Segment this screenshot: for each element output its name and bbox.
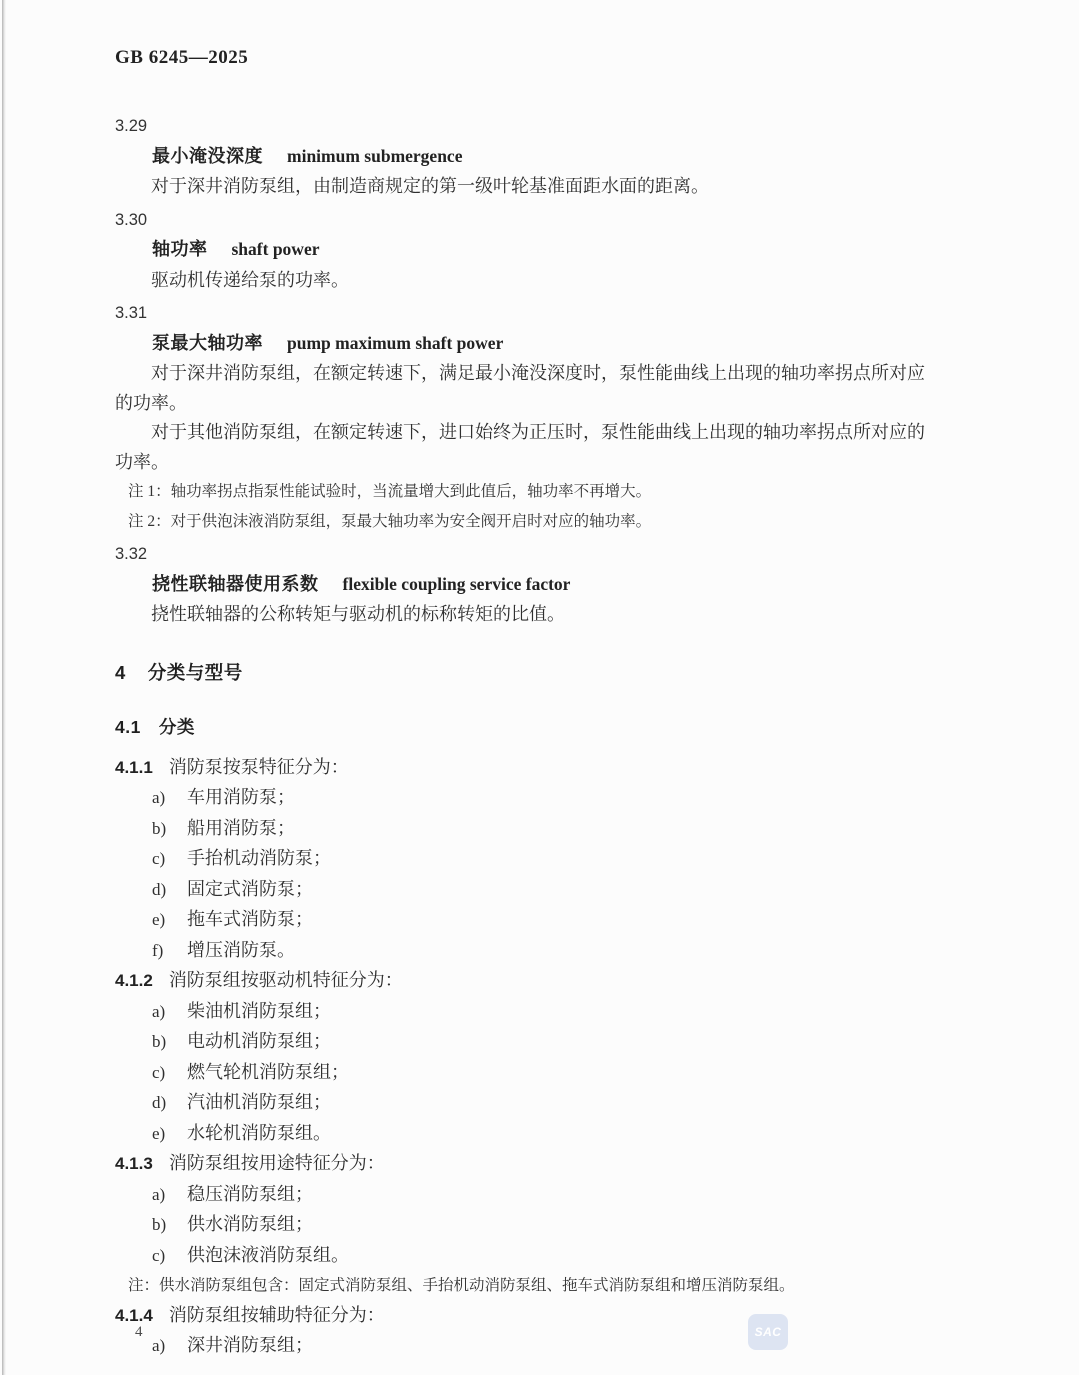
- item-text: 供水消防泵组；: [187, 1214, 313, 1234]
- item-marker: a): [152, 1331, 187, 1361]
- list-item: c)供泡沫液消防泵组。: [115, 1241, 963, 1272]
- note-line: 注 1：轴功率拐点指泵性能试验时，当流量增大到此值后，轴功率不再增大。: [128, 477, 963, 507]
- clause-number: 4.1.4: [115, 1306, 153, 1325]
- item-text: 供泡沫液消防泵组。: [187, 1245, 349, 1265]
- clause-head: 4.1.3消防泵组按用途特征分为：: [115, 1149, 963, 1180]
- item-marker: c): [152, 1058, 187, 1088]
- clause-head: 4.1.4消防泵组按辅助特征分为：: [115, 1301, 963, 1332]
- term-definition: 对于深井消防泵组，在额定转速下，满足最小淹没深度时，泵性能曲线上出现的轴功率拐点…: [115, 359, 933, 418]
- clause-text: 消防泵按泵特征分为：: [169, 757, 349, 777]
- item-text: 拖车式消防泵；: [187, 909, 313, 929]
- item-marker: e): [152, 1119, 187, 1149]
- term-heading: 泵最大轴功率 pump maximum shaft power: [115, 329, 963, 360]
- list-item: a)稳压消防泵组；: [115, 1180, 963, 1211]
- term-number: 3.30: [115, 206, 963, 236]
- term-heading: 挠性联轴器使用系数 flexible coupling service fact…: [115, 570, 963, 601]
- term-heading: 最小淹没深度 minimum submergence: [115, 142, 963, 173]
- term-number: 3.29: [115, 112, 963, 142]
- item-marker: d): [152, 875, 187, 905]
- term-notes: 注 1：轴功率拐点指泵性能试验时，当流量增大到此值后，轴功率不再增大。 注 2：…: [115, 477, 963, 536]
- term-entry-3-31: 3.31 泵最大轴功率 pump maximum shaft power 对于深…: [115, 299, 963, 536]
- chapter-heading: 4分类与型号: [115, 658, 963, 690]
- term-entry-3-32: 3.32 挠性联轴器使用系数 flexible coupling service…: [115, 540, 963, 630]
- clause-number: 4.1.3: [115, 1154, 153, 1173]
- item-text: 深井消防泵组；: [187, 1335, 313, 1355]
- page-number: 4: [135, 1324, 143, 1341]
- clause-note: 注：供水消防泵组包含：固定式消防泵组、手抬机动消防泵组、拖车式消防泵组和增压消防…: [115, 1271, 963, 1301]
- item-marker: a): [152, 1180, 187, 1210]
- clause-head: 4.1.1消防泵按泵特征分为：: [115, 753, 963, 784]
- clause-4-1-4: 4.1.4消防泵组按辅助特征分为： a)深井消防泵组；: [115, 1301, 963, 1362]
- chapter-number: 4: [115, 662, 126, 683]
- term-zh: 轴功率: [152, 239, 208, 259]
- term-zh: 挠性联轴器使用系数: [152, 574, 319, 594]
- clause-4-1-1: 4.1.1消防泵按泵特征分为： a)车用消防泵； b)船用消防泵； c)手抬机动…: [115, 753, 963, 967]
- term-en: minimum submergence: [287, 146, 462, 166]
- subsection-heading: 4.1分类: [115, 713, 963, 744]
- clause-text: 消防泵组按用途特征分为：: [169, 1153, 385, 1173]
- item-marker: e): [152, 905, 187, 935]
- clause-4-1-3: 4.1.3消防泵组按用途特征分为： a)稳压消防泵组； b)供水消防泵组； c)…: [115, 1149, 963, 1301]
- sac-logo: SAC: [748, 1314, 788, 1350]
- item-text: 水轮机消防泵组。: [187, 1123, 331, 1143]
- clause-head: 4.1.2消防泵组按驱动机特征分为：: [115, 966, 963, 997]
- item-marker: b): [152, 1210, 187, 1240]
- term-zh: 最小淹没深度: [152, 146, 263, 166]
- item-marker: a): [152, 783, 187, 813]
- term-definition: 挠性联轴器的公称转矩与驱动机的标称转矩的比值。: [115, 600, 933, 630]
- item-text: 船用消防泵；: [187, 818, 295, 838]
- item-text: 增压消防泵。: [187, 940, 295, 960]
- sac-logo-text: SAC: [755, 1325, 782, 1339]
- item-text: 手抬机动消防泵；: [187, 848, 331, 868]
- chapter-title: 分类与型号: [148, 662, 243, 683]
- list-item: b)供水消防泵组；: [115, 1210, 963, 1241]
- clauses-section: 4.1.1消防泵按泵特征分为： a)车用消防泵； b)船用消防泵； c)手抬机动…: [115, 753, 963, 1362]
- list-item: c)燃气轮机消防泵组；: [115, 1058, 963, 1089]
- scan-edge-shadow: [2, 0, 6, 1375]
- term-en: pump maximum shaft power: [287, 333, 503, 353]
- term-number: 3.32: [115, 540, 963, 570]
- item-text: 车用消防泵；: [187, 787, 295, 807]
- subsection-number: 4.1: [115, 717, 141, 737]
- document-page: GB 6245—2025 3.29 最小淹没深度 minimum submerg…: [0, 0, 1079, 1375]
- list-item: e)拖车式消防泵；: [115, 905, 963, 936]
- list-item: a)车用消防泵；: [115, 783, 963, 814]
- term-heading: 轴功率 shaft power: [115, 235, 963, 266]
- term-en: flexible coupling service factor: [343, 574, 571, 594]
- list-item: b)船用消防泵；: [115, 814, 963, 845]
- term-definition: 对于其他消防泵组，在额定转速下，进口始终为正压时，泵性能曲线上出现的轴功率拐点所…: [115, 418, 933, 477]
- item-marker: c): [152, 844, 187, 874]
- clause-number: 4.1.2: [115, 971, 153, 990]
- item-text: 电动机消防泵组；: [187, 1031, 331, 1051]
- item-marker: f): [152, 936, 187, 966]
- item-marker: b): [152, 814, 187, 844]
- item-text: 柴油机消防泵组；: [187, 1001, 331, 1021]
- item-marker: d): [152, 1088, 187, 1118]
- item-text: 燃气轮机消防泵组；: [187, 1062, 349, 1082]
- clause-number: 4.1.1: [115, 758, 153, 777]
- item-text: 汽油机消防泵组；: [187, 1092, 331, 1112]
- terms-section: 3.29 最小淹没深度 minimum submergence 对于深井消防泵组…: [115, 112, 963, 630]
- item-text: 稳压消防泵组；: [187, 1184, 313, 1204]
- item-marker: a): [152, 997, 187, 1027]
- list-item: a)深井消防泵组；: [115, 1331, 963, 1362]
- page-content: GB 6245—2025 3.29 最小淹没深度 minimum submerg…: [115, 46, 963, 1362]
- clause-text: 消防泵组按驱动机特征分为：: [169, 970, 403, 990]
- list-item: d)汽油机消防泵组；: [115, 1088, 963, 1119]
- list-item: e)水轮机消防泵组。: [115, 1119, 963, 1150]
- list-item: d)固定式消防泵；: [115, 875, 963, 906]
- term-number: 3.31: [115, 299, 963, 329]
- clause-4-1-2: 4.1.2消防泵组按驱动机特征分为： a)柴油机消防泵组； b)电动机消防泵组；…: [115, 966, 963, 1149]
- term-en: shaft power: [232, 239, 320, 259]
- list-item: c)手抬机动消防泵；: [115, 844, 963, 875]
- subsection-title: 分类: [159, 717, 195, 737]
- term-zh: 泵最大轴功率: [152, 333, 263, 353]
- term-definition: 对于深井消防泵组，由制造商规定的第一级叶轮基准面距水面的距离。: [115, 172, 933, 202]
- item-text: 固定式消防泵；: [187, 879, 313, 899]
- list-item: f)增压消防泵。: [115, 936, 963, 967]
- clause-text: 消防泵组按辅助特征分为：: [169, 1305, 385, 1325]
- note-line: 注 2：对于供泡沫液消防泵组，泵最大轴功率为安全阀开启时对应的轴功率。: [128, 507, 963, 537]
- term-entry-3-30: 3.30 轴功率 shaft power 驱动机传递给泵的功率。: [115, 206, 963, 296]
- list-item: b)电动机消防泵组；: [115, 1027, 963, 1058]
- item-marker: c): [152, 1241, 187, 1271]
- term-entry-3-29: 3.29 最小淹没深度 minimum submergence 对于深井消防泵组…: [115, 112, 963, 202]
- standard-number-header: GB 6245—2025: [115, 46, 963, 70]
- item-marker: b): [152, 1027, 187, 1057]
- list-item: a)柴油机消防泵组；: [115, 997, 963, 1028]
- term-definition: 驱动机传递给泵的功率。: [115, 266, 933, 296]
